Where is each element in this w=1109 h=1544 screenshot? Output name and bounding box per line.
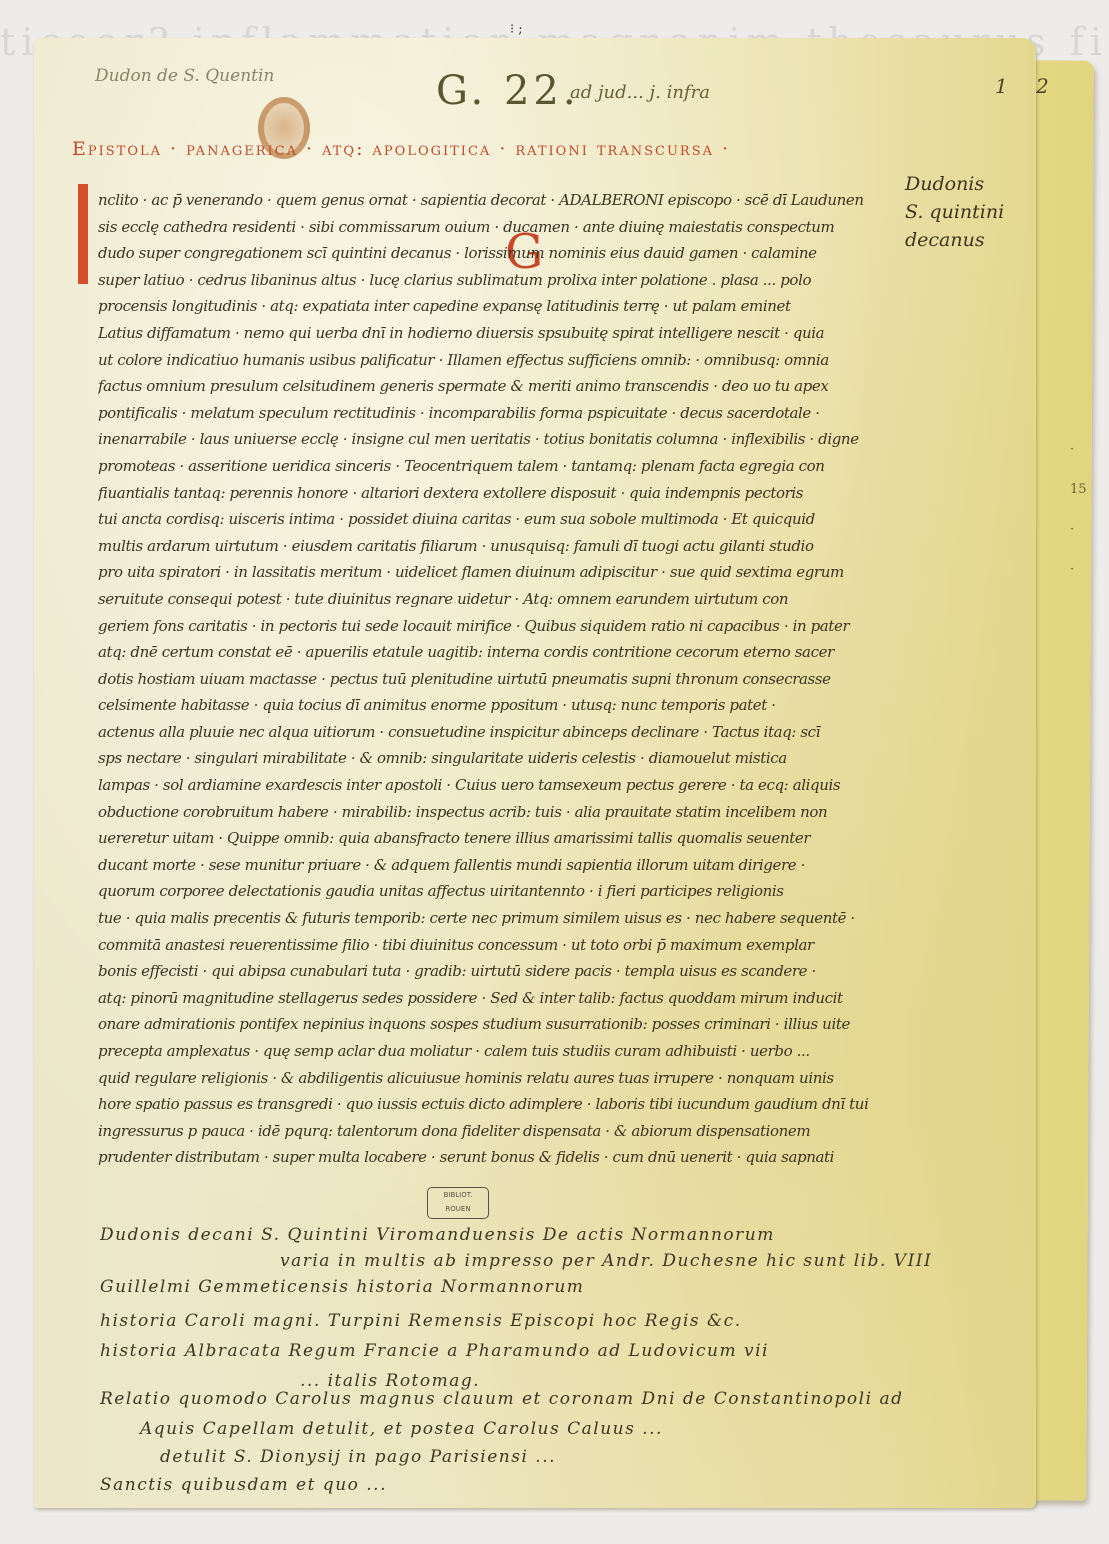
text-line: lampas · sol ardiamine exardescis inter … (98, 772, 953, 799)
text-line: onare admirationis pontifex nepinius inq… (98, 1011, 953, 1038)
text-line: seruitute consequi potest · tute diuinit… (98, 586, 953, 613)
later-note-line: Dudonis decani S. Quintini Viromanduensi… (100, 1225, 775, 1245)
text-line: commitā anastesi reuerentissime filio · … (98, 932, 953, 959)
initial-letter-i (78, 184, 88, 284)
text-line: bonis effecisti · qui abipsa cunabulari … (98, 958, 953, 985)
text-line: pontificalis · melatum speculum rectitud… (98, 400, 953, 427)
text-line: inenarrabile · laus uniuerse ecclę · ins… (98, 426, 953, 453)
owner-note: Dudon de S. Quentin (95, 66, 274, 86)
top-mark: ⁝ ; (510, 22, 523, 37)
text-line: tui ancta cordisq: uisceris intima · pos… (98, 506, 953, 533)
text-line: quid regulare religionis · & abdiligenti… (98, 1065, 953, 1092)
text-line: precepta amplexatus · quę semp aclar dua… (98, 1038, 953, 1065)
later-note-line: historia Albracata Regum Francie a Phara… (100, 1341, 769, 1361)
side-mark: · (1070, 430, 1087, 470)
text-line: hore spatio passus es transgredi · quo i… (98, 1091, 953, 1118)
text-line: celsimente habitasse · quia tocius dī an… (98, 692, 953, 719)
side-mark: · (1070, 510, 1087, 550)
text-line: geriem fons caritatis · in pectoris tui … (98, 613, 953, 640)
text-line: ducant morte · sese munitur priuare · & … (98, 852, 953, 879)
later-note-line: Guillelmi Gemmeticensis historia Normann… (100, 1277, 584, 1297)
shelfmark-note: ad jud... j. infra (570, 82, 710, 103)
text-line: obductione corobruitum habere · mirabili… (98, 799, 953, 826)
text-line: atq: dnē certum constat eē · apuerilis e… (98, 639, 953, 666)
later-note-line: varia in multis ab impresso per Andr. Du… (280, 1251, 932, 1271)
text-line: factus omnium presulum celsitudinem gene… (98, 373, 953, 400)
later-note-line: historia Caroli magni. Turpini Remensis … (100, 1311, 742, 1331)
text-line: sis ecclę cathedra residenti · sibi comm… (98, 214, 953, 241)
folio-number: 1 (995, 74, 1008, 98)
text-line: atq: pinorū magnitudine stellagerus sede… (98, 985, 953, 1012)
text-line: sps nectare · singulari mirabilitate · &… (98, 745, 953, 772)
text-line: dotis hostiam uiuam mactasse · pectus tu… (98, 666, 953, 693)
side-mark: · (1070, 550, 1087, 590)
rubric-title: Epistola · panagerica · atq: apologitica… (72, 138, 730, 160)
later-note-line: detulit S. Dionysij in pago Parisiensi .… (160, 1447, 556, 1467)
text-line: multis ardarum uirtutum · eiusdem carita… (98, 533, 953, 560)
text-line: ingressurus p pauca · idē pqurq: talento… (98, 1118, 953, 1145)
text-line: ut colore indicatiuo humanis usibus pali… (98, 347, 953, 374)
text-line: actenus alla pluuie nec alqua uitiorum ·… (98, 719, 953, 746)
text-line: fiuantialis tantaq: perennis honore · al… (98, 480, 953, 507)
later-note-line: Sanctis quibusdam et quo ... (100, 1475, 387, 1495)
shelfmark: G. 22. (436, 68, 580, 114)
library-stamp: BIBLIOT. ROUEN (427, 1187, 489, 1219)
text-line: tue · quia malis precentis & futuris tem… (98, 905, 953, 932)
text-line: promoteas · asseritione ueridica sinceri… (98, 453, 953, 480)
text-line: prudenter distributam · super multa loca… (98, 1144, 953, 1171)
text-line: dudo super congregationem scī quintini d… (98, 240, 953, 267)
side-mark: 15 (1070, 470, 1087, 510)
text-line: Latius diffamatum · nemo qui uerba dnī i… (98, 320, 953, 347)
later-note-line: ... italis Rotomag. (300, 1371, 480, 1391)
text-line: pro uita spiratori · in lassitatis merit… (98, 559, 953, 586)
stamp-line: BIBLIOT. (428, 1188, 488, 1202)
text-line: nclito · ac p̄ venerando · quem genus or… (98, 187, 953, 214)
folio-number: 2 (1036, 74, 1049, 98)
text-line: procensis longitudinis · atq: expatiata … (98, 293, 953, 320)
later-note-line: Relatio quomodo Carolus magnus clauum et… (100, 1389, 903, 1409)
stamp-line: ROUEN (428, 1202, 488, 1216)
text-line: super latiuo · cedrus libaninus altus · … (98, 267, 953, 294)
side-marks: · 15 · · (1070, 430, 1087, 590)
text-line: uereretur uitam · Quippe omnib: quia aba… (98, 825, 953, 852)
main-text: nclito · ac p̄ venerando · quem genus or… (98, 187, 953, 1171)
later-note-line: Aquis Capellam detulit, et postea Carolu… (140, 1419, 663, 1439)
text-line: quorum corporee delectationis gaudia uni… (98, 878, 953, 905)
